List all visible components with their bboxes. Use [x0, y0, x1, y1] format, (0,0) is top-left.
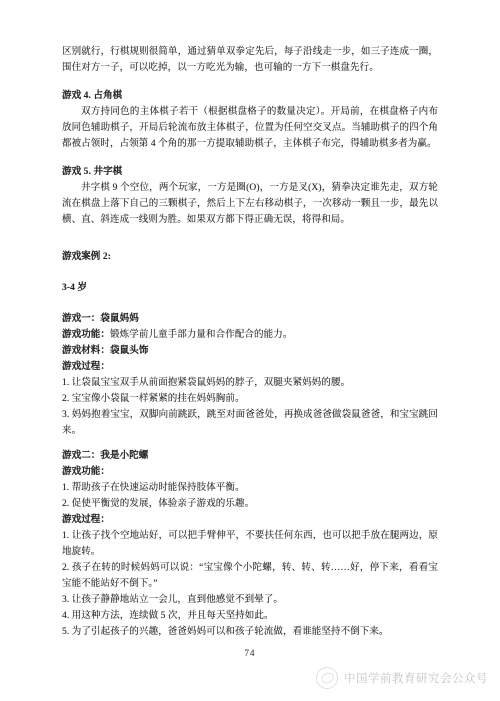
game4-heading: 游戏 4. 占角棋 — [62, 88, 438, 104]
game2-title: 游戏二：我是小陀螺 — [62, 448, 438, 464]
game1-function-line: 游戏功能：锻炼学前儿童手部力量和合作配合的能力。 — [62, 327, 438, 343]
game1-material-line: 游戏材料：袋鼠头饰 — [62, 343, 438, 359]
game1-process-label: 游戏过程： — [62, 359, 438, 375]
case2-heading: 游戏案例 2: — [62, 249, 438, 265]
footer-watermark: 中国学前教育研究会公众号 — [316, 667, 488, 689]
watermark-text: 中国学前教育研究会公众号 — [344, 670, 488, 686]
game2-process-label-text: 游戏过程： — [62, 515, 110, 525]
game1-material-label: 游戏材料： — [62, 346, 110, 356]
game2-step-3: 3. 让孩子静静地站立一会儿，直到他感觉不到晕了。 — [62, 592, 438, 608]
game1-material-text: 袋鼠头饰 — [110, 346, 148, 356]
game2-function-label: 游戏功能： — [62, 464, 438, 480]
game4-body: 双方持同色的主体棋子若干（根据棋盘格子的数量决定）。开局前，在棋盘格子内布放同色… — [62, 104, 438, 152]
age-group-heading: 3-4 岁 — [62, 280, 438, 296]
game1-function-text: 锻炼学前儿童手部力量和合作配合的能力。 — [110, 330, 292, 340]
seal-logo-icon — [316, 667, 338, 689]
game2-step-2: 2. 孩子在转的时候妈妈可以说：“宝宝像个小陀螺，转、转、转……好，停下来，看看… — [62, 560, 438, 592]
document-body: 区别就行，行棋规则很简单，通过猜单双拳定先后，每子沿线走一步，如三子连成一圈，围… — [62, 44, 438, 661]
intro-paragraph: 区别就行，行棋规则很简单，通过猜单双拳定先后，每子沿线走一步，如三子连成一圈，围… — [62, 44, 438, 76]
game2-process-label: 游戏过程： — [62, 512, 438, 528]
game1-step-1: 1. 让袋鼠宝宝双手从前面抱紧袋鼠妈妈的脖子，双腿夹紧妈妈的腰。 — [62, 375, 438, 391]
scanned-document-page: 区别就行，行棋规则很简单，通过猜单双拳定先后，每子沿线走一步，如三子连成一圈，围… — [0, 0, 500, 701]
game2-step-4: 4. 用这种方法，连续做 5 次，并且每天坚持如此。 — [62, 608, 438, 624]
game2-step-1: 1. 让孩子找个空地站好，可以把手臂伸平，不要扶任何东西，也可以把手放在腿两边，… — [62, 528, 438, 560]
game1-function-label: 游戏功能： — [62, 330, 110, 340]
game2-function-label-text: 游戏功能： — [62, 467, 110, 477]
game5-body: 井字棋 9 个空位，两个玩家，一方是圈(O)，一方是叉(X)，猜拳决定谁先走，双… — [62, 180, 438, 228]
game1-step-2: 2. 宝宝像小袋鼠一样紧紧的挂在妈妈胸前。 — [62, 391, 438, 407]
game5-heading: 游戏 5. 井字棋 — [62, 164, 438, 180]
game1-process-label-text: 游戏过程： — [62, 362, 110, 372]
game2-function-item-1: 1. 帮助孩子在快速运动时能保持肢体平衡。 — [62, 480, 438, 496]
page-number: 74 — [62, 645, 438, 661]
game2-function-item-2: 2. 促使平衡觉的发展，体验亲子游戏的乐趣。 — [62, 496, 438, 512]
game2-step-5: 5. 为了引起孩子的兴趣，爸爸妈妈可以和孩子轮流做，看谁能坚持不倒下来。 — [62, 624, 438, 640]
game1-step-3: 3. 妈妈抱着宝宝，双脚向前跳跃，跳至对面爸爸处，再换成爸爸做袋鼠爸爸，和宝宝跳… — [62, 407, 438, 439]
game1-title: 游戏一：袋鼠妈妈 — [62, 311, 438, 327]
